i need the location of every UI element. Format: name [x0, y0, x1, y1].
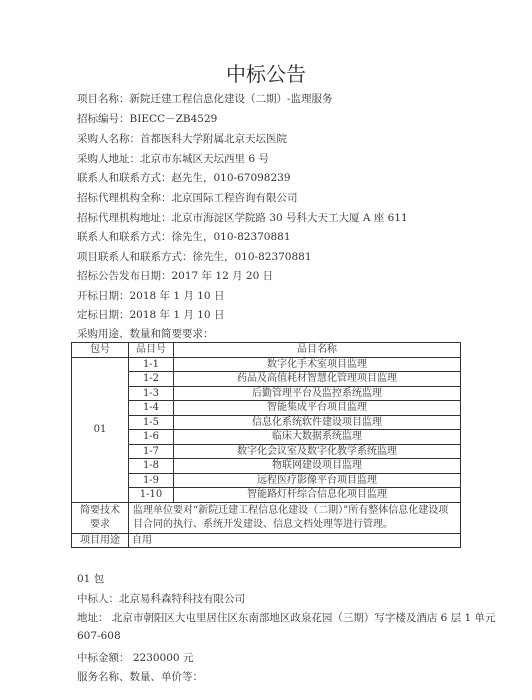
- item-name: 后勤管理平台及监控系统监理: [174, 386, 461, 401]
- field-purchaser-address: 采购人地址：北京市东城区天坛西里 6 号: [77, 151, 269, 166]
- header-package: 包号: [72, 343, 129, 358]
- procurement-table: 包号 品目号 品目名称 01 1-1 数字化手术室项目监理 1-2药品及高值耗材…: [71, 342, 461, 548]
- table-row: 1-6临床大数据系统监理: [72, 430, 461, 445]
- service-heading: 服务名称、数量、单价等：: [77, 669, 203, 684]
- item-name: 远程医疗影像平台项目监理: [174, 473, 461, 488]
- field-bid-number: 招标编号：BIECC－ZB4529: [77, 111, 217, 126]
- item-no: 1-10: [129, 488, 174, 503]
- field-agency-address: 招标代理机构地址：北京市海淀区学院路 30 号科大天工大厦 A 座 611: [77, 210, 408, 225]
- item-no: 1-4: [129, 401, 174, 416]
- usage-value: 自用: [129, 533, 461, 548]
- item-no: 1-1: [129, 357, 174, 372]
- table-row: 1-10智能路灯杆综合信息化项目监理: [72, 488, 461, 503]
- table-row: 01 1-1 数字化手术室项目监理: [72, 357, 461, 372]
- result-amount: 中标金额： 2230000 元: [77, 650, 193, 665]
- item-no: 1-3: [129, 386, 174, 401]
- field-publish-date: 招标公告发布日期：2017 年 12 月 20 日: [77, 268, 273, 283]
- field-project-name: 项目名称：新院迁建工程信息化建设（二期）-监理服务: [77, 91, 333, 106]
- field-purchaser-contact: 联系人和联系方式：赵先生，010-67098239: [77, 170, 291, 185]
- tech-requirements-value: 监理单位要对“新院迁建工程信息化建设（二期）”所有整体信息化建设项目合同的执行、…: [129, 502, 461, 533]
- package-number: 01: [72, 357, 129, 502]
- table-row: 1-5信息化系统软件建设项目监理: [72, 415, 461, 430]
- item-no: 1-2: [129, 372, 174, 387]
- procurement-heading: 采购用途、数量和简要要求：: [77, 326, 214, 341]
- table-row: 1-8物联网建设项目监理: [72, 459, 461, 474]
- result-address: 地址： 北京市朝阳区大屯里居住区东南部地区政泉花园（三期）写字楼及酒店 6 层 …: [77, 610, 496, 625]
- result-package-label: 01 包: [77, 571, 104, 586]
- table-row: 1-9远程医疗影像平台项目监理: [72, 473, 461, 488]
- usage-label: 项目用途: [72, 533, 129, 548]
- item-name: 药品及高值耗材智慧化管理项目监理: [174, 372, 461, 387]
- item-no: 1-9: [129, 473, 174, 488]
- item-name: 数字化会议室及数字化教学系统监理: [174, 444, 461, 459]
- result-address-cont: 607-608: [77, 630, 121, 642]
- field-award-date: 定标日期：2018 年 1 月 10 日: [77, 307, 224, 322]
- field-project-contact: 项目联系人和联系方式：徐先生，010-82370881: [77, 249, 312, 264]
- table-row: 1-4智能集成平台项目监理: [72, 401, 461, 416]
- header-item-name: 品目名称: [174, 343, 461, 358]
- table-header-row: 包号 品目号 品目名称: [72, 343, 461, 358]
- page-title: 中标公告: [0, 58, 532, 87]
- field-agency-name: 招标代理机构全称：北京国际工程咨询有限公司: [77, 190, 298, 205]
- item-no: 1-6: [129, 430, 174, 445]
- item-no: 1-5: [129, 415, 174, 430]
- item-name: 物联网建设项目监理: [174, 459, 461, 474]
- tech-requirements-label: 简要技术要求: [72, 502, 129, 533]
- result-winner: 中标人：北京易科森特科技有限公司: [77, 591, 245, 606]
- item-no: 1-8: [129, 459, 174, 474]
- table-row: 1-7数字化会议室及数字化教学系统监理: [72, 444, 461, 459]
- table-row: 1-3后勤管理平台及监控系统监理: [72, 386, 461, 401]
- field-opening-date: 开标日期：2018 年 1 月 10 日: [77, 288, 224, 303]
- field-agency-contact: 联系人和联系方式：徐先生，010-82370881: [77, 229, 291, 244]
- field-purchaser-name: 采购人名称：首都医科大学附属北京天坛医院: [77, 131, 287, 146]
- item-no: 1-7: [129, 444, 174, 459]
- item-name: 数字化手术室项目监理: [174, 357, 461, 372]
- item-name: 临床大数据系统监理: [174, 430, 461, 445]
- usage-row: 项目用途 自用: [72, 533, 461, 548]
- header-item-no: 品目号: [129, 343, 174, 358]
- item-name: 智能集成平台项目监理: [174, 401, 461, 416]
- item-name: 智能路灯杆综合信息化项目监理: [174, 488, 461, 503]
- item-name: 信息化系统软件建设项目监理: [174, 415, 461, 430]
- tech-requirements-row: 简要技术要求 监理单位要对“新院迁建工程信息化建设（二期）”所有整体信息化建设项…: [72, 502, 461, 533]
- table-row: 1-2药品及高值耗材智慧化管理项目监理: [72, 372, 461, 387]
